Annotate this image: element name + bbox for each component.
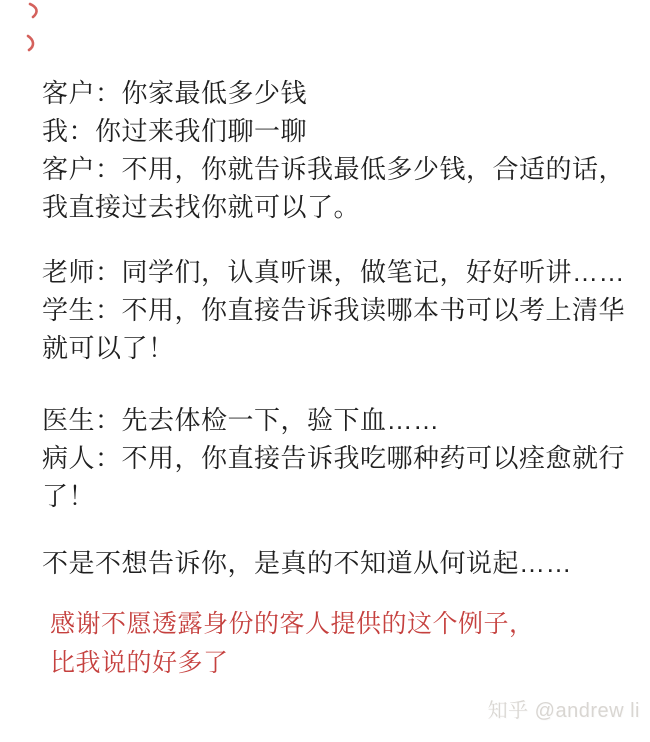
text-post-image: { "content": { "paragraphs": [ { "id": "…	[0, 0, 650, 742]
paragraph-doctor-patient-dialogue: 医生：先去体检一下，验下血…… 病人：不用，你直接告诉我吃哪种药可以痊愈就行 了…	[42, 401, 642, 515]
paragraph-customer-dialogue: 客户：你家最低多少钱 我：你过来我们聊一聊 客户：不用，你就告诉我最低多少钱，合…	[42, 74, 642, 226]
red-pen-marks-icon	[0, 0, 52, 56]
paragraph-conclusion: 不是不想告诉你，是真的不知道从何说起……	[42, 544, 642, 582]
text-content: 客户：你家最低多少钱 我：你过来我们聊一聊 客户：不用，你就告诉我最低多少钱，合…	[42, 74, 642, 683]
zhihu-watermark: 知乎 @andrew li	[488, 699, 640, 723]
thanks-note-red: 感谢不愿透露身份的客人提供的这个例子， 比我说的好多了	[50, 605, 642, 683]
paragraph-teacher-student-dialogue: 老师：同学们，认真听课，做笔记，好好听讲…… 学生：不用，你直接告诉我读哪本书可…	[42, 253, 642, 367]
